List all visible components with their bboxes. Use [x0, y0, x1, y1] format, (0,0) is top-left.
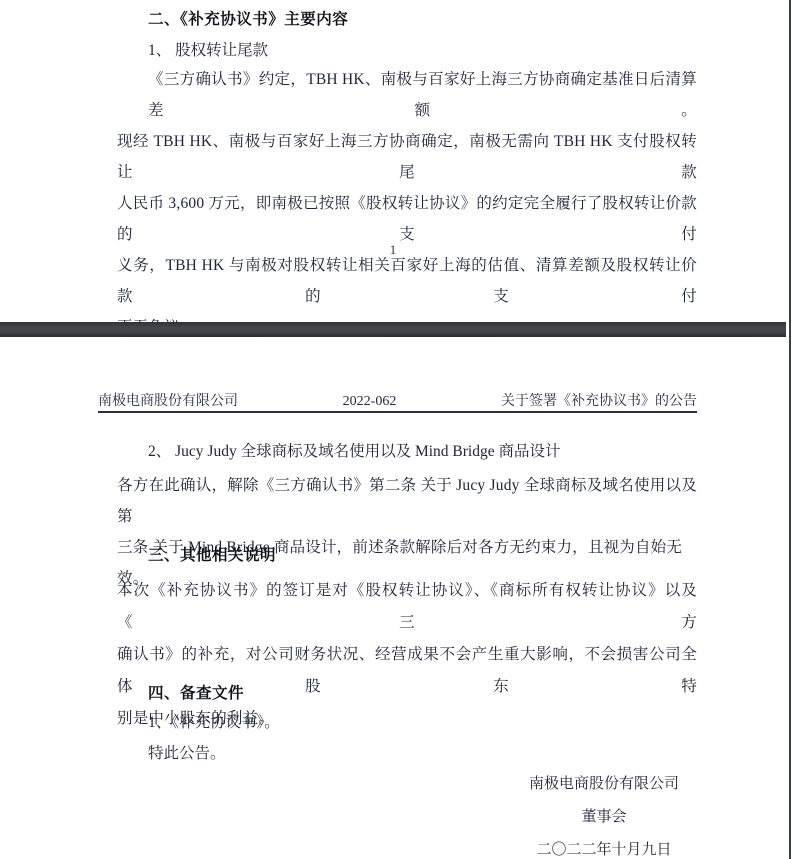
section-4-heading: 四、备查文件 — [148, 682, 244, 706]
section-3-heading: 三、其他相关说明 — [148, 544, 276, 568]
header-doc-number: 2022-062 — [343, 393, 397, 411]
page-number: 1 — [0, 240, 786, 260]
item-1-heading: 1、 股权转让尾款 — [148, 39, 268, 63]
paragraph-line: 各方在此确认，解除《三方确认书》第二条 关于 Jucy Judy 全球商标及域名… — [117, 470, 697, 532]
signature-company: 南极电商股份有限公司 — [404, 768, 792, 801]
header-company: 南极电商股份有限公司 — [98, 393, 238, 411]
reference-item: 1、《补充协议书》。 — [148, 711, 280, 735]
paragraph-line: 本次《补充协议书》的签订是对《股权转让协议》、《商标所有权转让协议》以及《三方 — [117, 575, 697, 639]
item-2-heading: 2、 Jucy Judy 全球商标及域名使用以及 Mind Bridge 商品设… — [148, 440, 560, 464]
page-header: 南极电商股份有限公司 2022-062 关于签署《补充协议书》的公告 — [98, 393, 697, 411]
closing-statement: 特此公告。 — [148, 742, 226, 766]
signature-board: 董事会 — [404, 801, 792, 834]
page-gap-divider — [0, 322, 786, 337]
window-edge-line — [789, 0, 791, 859]
page-1: 二、《补充协议书》主要内容 1、 股权转让尾款 《三方确认书》约定，TBH HK… — [0, 0, 786, 322]
section-2-heading: 二、《补充协议书》主要内容 — [148, 8, 348, 32]
paragraph-settlement: 《三方确认书》约定，TBH HK、南极与百家好上海三方协商确定基准日后清算差额。… — [117, 64, 697, 343]
paragraph-line: 《三方确认书》约定，TBH HK、南极与百家好上海三方协商确定基准日后清算差额。 — [117, 64, 697, 126]
page-2: 南极电商股份有限公司 2022-062 关于签署《补充协议书》的公告 2、 Ju… — [0, 337, 786, 859]
signature-date: 二〇二二年十月九日 — [404, 834, 792, 859]
signature-block: 南极电商股份有限公司 董事会 二〇二二年十月九日 — [404, 768, 792, 859]
header-rule — [98, 411, 697, 413]
header-title: 关于签署《补充协议书》的公告 — [501, 393, 697, 411]
paragraph-line: 现经 TBH HK、南极与百家好上海三方协商确定，南极无需向 TBH HK 支付… — [117, 126, 697, 188]
pdf-viewport: 二、《补充协议书》主要内容 1、 股权转让尾款 《三方确认书》约定，TBH HK… — [0, 0, 792, 859]
